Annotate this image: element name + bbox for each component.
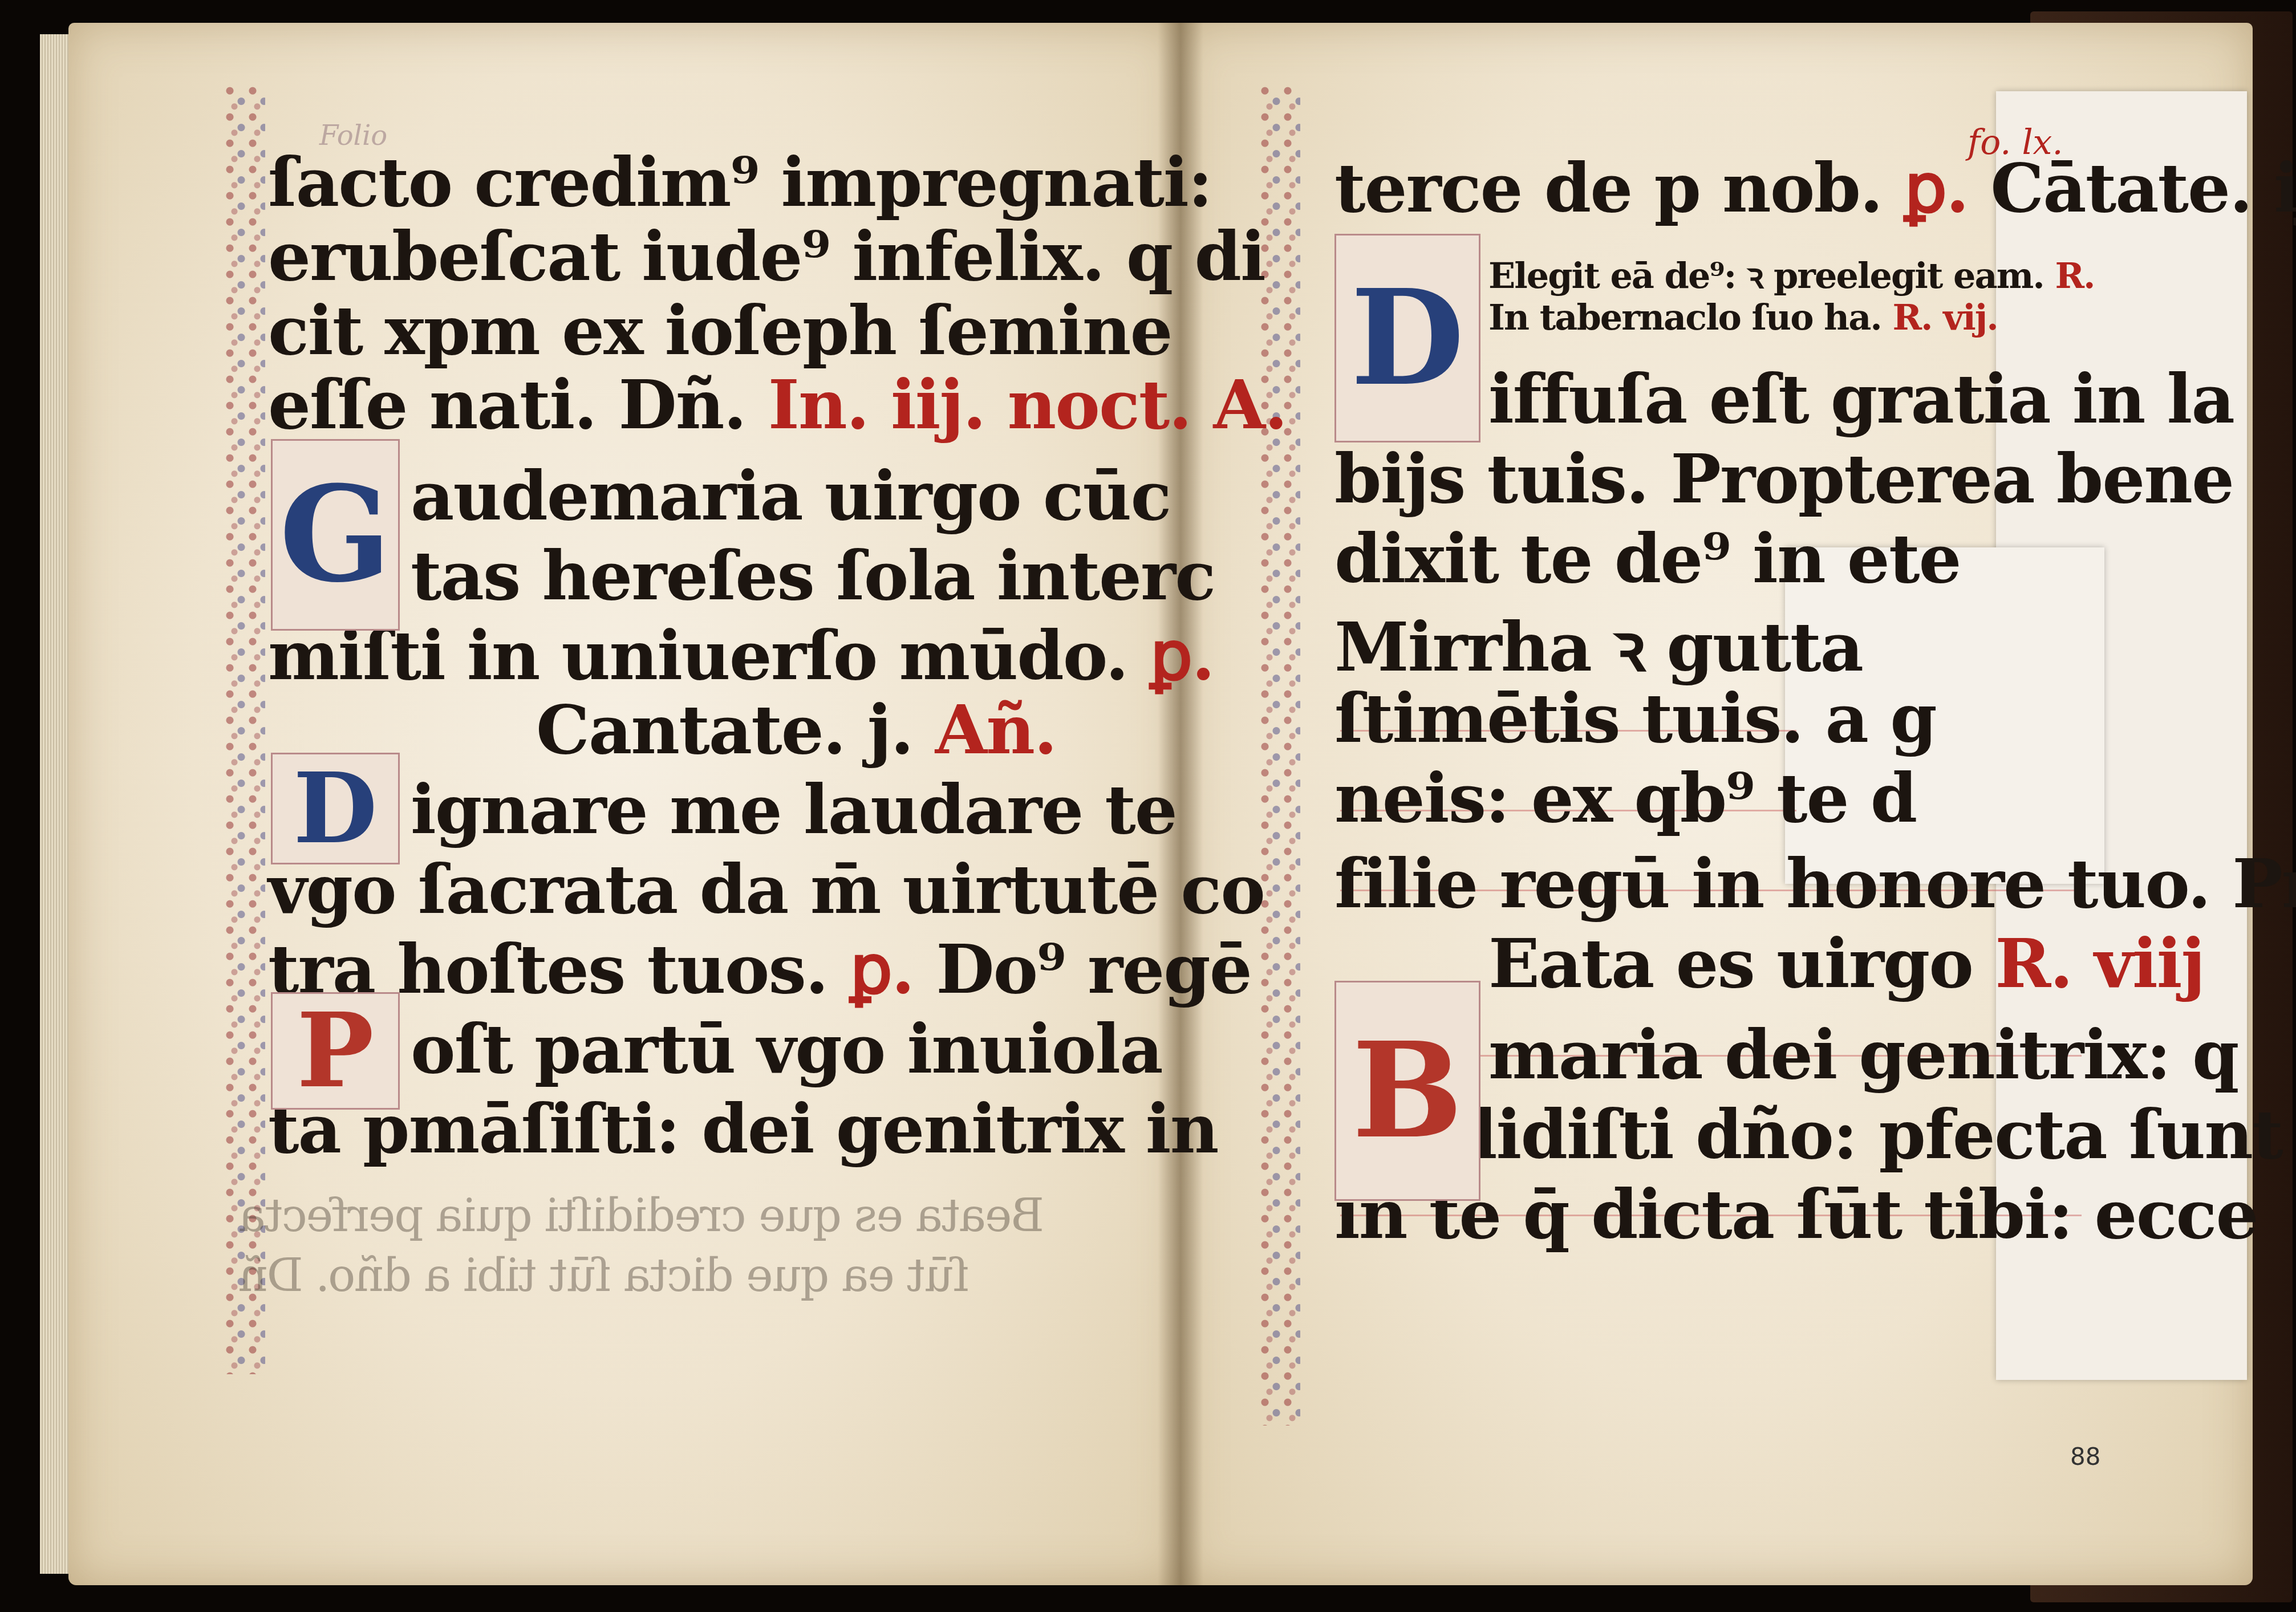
rubric: ꝑ. xyxy=(1150,616,1214,695)
text-line: audemaria uirgo cūc xyxy=(411,456,1170,535)
rubric: In. iij. noct. A. xyxy=(768,365,1287,444)
text-line: eſſe nati. Dñ. In. iij. noct. A. xyxy=(268,365,1287,444)
text-line: Elegit eā de⁹: ꝛ preelegit eam. R. xyxy=(1488,251,2095,299)
illuminated-initial-p: P xyxy=(271,992,400,1110)
illuminated-initial-g: G xyxy=(271,439,400,631)
right-floral-border xyxy=(1260,86,1300,1426)
text-line: Eata es uirgo R. viij xyxy=(1488,924,2204,1003)
text-line: cit xpm ex ioſeph ſemine xyxy=(268,291,1172,370)
text-line: oſt partū vgo inuiola xyxy=(411,1009,1162,1089)
text-line: ignare me laudare te xyxy=(411,770,1177,849)
text-line: In tabernaclo ſuo ha. R. vij. xyxy=(1488,297,1998,338)
text-line: bijs tuis. Propterea bene xyxy=(1334,439,2233,518)
text-line: vgo ſacrata da m̄ uirtutē co xyxy=(268,850,1264,929)
text-line: terce de p nob. ꝑ. Cātate. ij. xyxy=(1334,148,2296,228)
illuminated-initial-b: B xyxy=(1334,981,1480,1201)
illuminated-initial-d: D xyxy=(1334,234,1480,442)
rubric: R. xyxy=(2055,255,2094,297)
text-line: miſti in uniuerſo mūdo. ꝑ. xyxy=(268,616,1214,695)
text-line: dixit te de⁹ in ete xyxy=(1334,519,1960,598)
illuminated-initial-d: D xyxy=(271,753,400,864)
text-line: Mirrha ꝛ gutta xyxy=(1334,599,1863,691)
text-line: iffuſa eſt gratia in la xyxy=(1488,359,2234,438)
text-line: tra hoſtes tuos. ꝑ. Do⁹ regē xyxy=(268,929,1251,1009)
rubric: R. vij. xyxy=(1893,297,1998,338)
text-line: ſtimētis tuis. a g xyxy=(1334,679,1936,758)
show-through-text: ſūt ea que dicta ſūt tibi a dño. Dñ xyxy=(240,1249,969,1302)
text-line: Cantate. j. Añ. xyxy=(536,690,1056,769)
rubric: Añ. xyxy=(935,690,1056,769)
show-through-text: Beata es que credidiſti quia perfecta xyxy=(240,1189,1044,1242)
rubric: ꝑ. xyxy=(850,929,914,1009)
text-line: filie regū in honore tuo. Pr xyxy=(1334,844,2296,923)
text-line: maria dei genitrix: q xyxy=(1488,1015,2238,1094)
text-line: ta pmāſiſti: dei genitrix in xyxy=(268,1089,1218,1168)
text-line: tas hereſes ſola interc xyxy=(411,536,1215,615)
text-line: neis: ex qb⁹ te d xyxy=(1334,758,1916,838)
left-floral-border xyxy=(225,86,265,1374)
rubric: ꝑ. xyxy=(1904,148,1968,228)
text-line: erubeſcat iude⁹ infelix. q di xyxy=(268,217,1265,296)
text-line: ſacto credim⁹ impregnati: xyxy=(268,143,1212,222)
page-number: 88 xyxy=(2070,1443,2100,1471)
rubric: R. viij xyxy=(1995,924,2204,1003)
